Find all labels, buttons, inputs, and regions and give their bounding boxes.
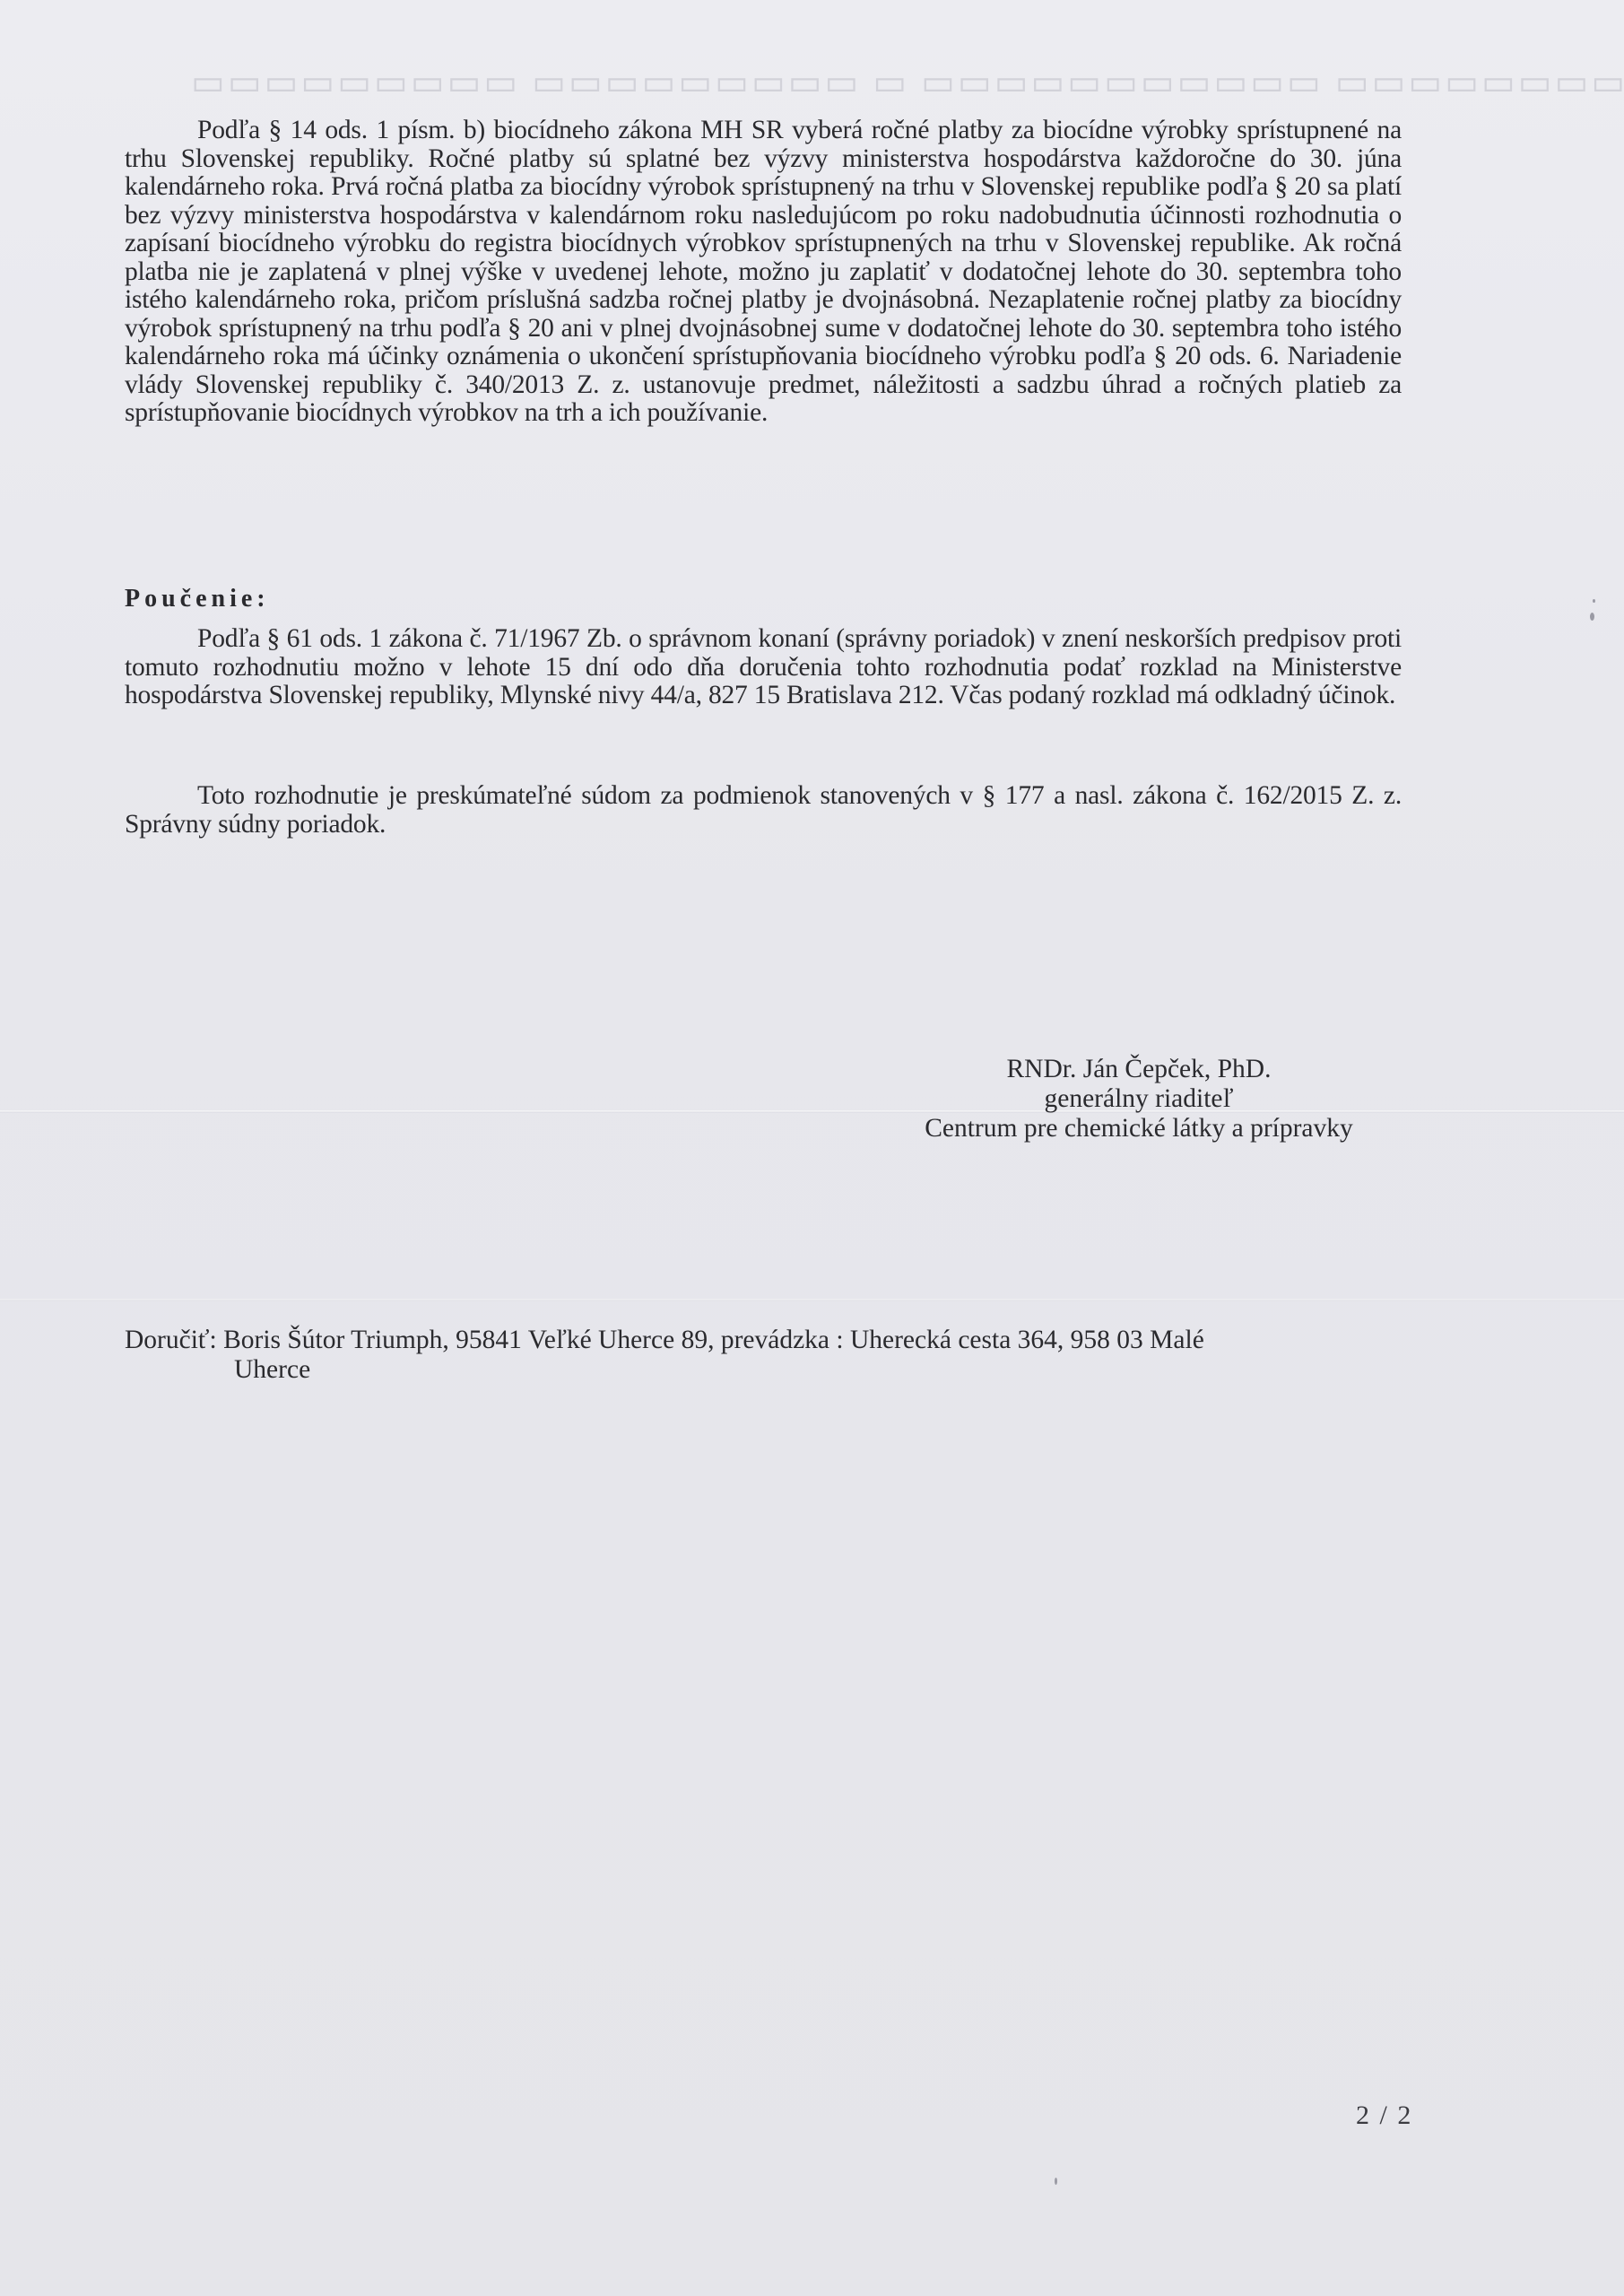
paragraph-annual-fees-text: Podľa § 14 ods. 1 písm. b) biocídneho zá… (125, 116, 1402, 427)
paragraph-court-review-text: Toto rozhodnutie je preskúmateľné súdom … (125, 781, 1402, 839)
scan-speck (1055, 2178, 1057, 2185)
signature-block: RNDr. Ján Čepček, PhD. generálny riadite… (861, 1055, 1417, 1144)
delivery-address: Doručiť: Boris Šútor Triumph, 95841 Veľk… (125, 1326, 1398, 1385)
paragraph-appeal: Podľa § 61 ods. 1 zákona č. 71/1967 Zb. … (125, 625, 1402, 710)
signatory-organization: Centrum pre chemické látky a prípravky (861, 1114, 1417, 1144)
bleed-through-header: ▭▭▭▭▭▭▭▭▭ ▭▭▭▭▭▭▭▭▭▭▭ ▭ ▭▭▭▭▭▭▭▭▭ ▭▭▭▭▭▭… (188, 61, 1624, 103)
delivery-address-continuation: Uherce (125, 1355, 1398, 1385)
scanned-page: ▭▭▭▭▭▭▭▭▭ ▭▭▭▭▭▭▭▭▭▭▭ ▭ ▭▭▭▭▭▭▭▭▭ ▭▭▭▭▭▭… (0, 0, 1624, 2296)
paper-fold-line (0, 1299, 1624, 1301)
instruction-heading: Poučenie: (125, 585, 270, 613)
paragraph-annual-fees: Podľa § 14 ods. 1 písm. b) biocídneho zá… (125, 117, 1402, 428)
paragraph-court-review: Toto rozhodnutie je preskúmateľné súdom … (125, 782, 1402, 839)
delivery-address-line: Doručiť: Boris Šútor Triumph, 95841 Veľk… (125, 1326, 1204, 1354)
page-number: 2 / 2 (1356, 2100, 1412, 2131)
signatory-title: generálny riaditeľ (861, 1084, 1417, 1114)
signatory-name: RNDr. Ján Čepček, PhD. (861, 1055, 1417, 1084)
scan-speck (1593, 599, 1595, 603)
scan-speck (1590, 613, 1594, 621)
paragraph-appeal-text: Podľa § 61 ods. 1 zákona č. 71/1967 Zb. … (125, 624, 1402, 709)
